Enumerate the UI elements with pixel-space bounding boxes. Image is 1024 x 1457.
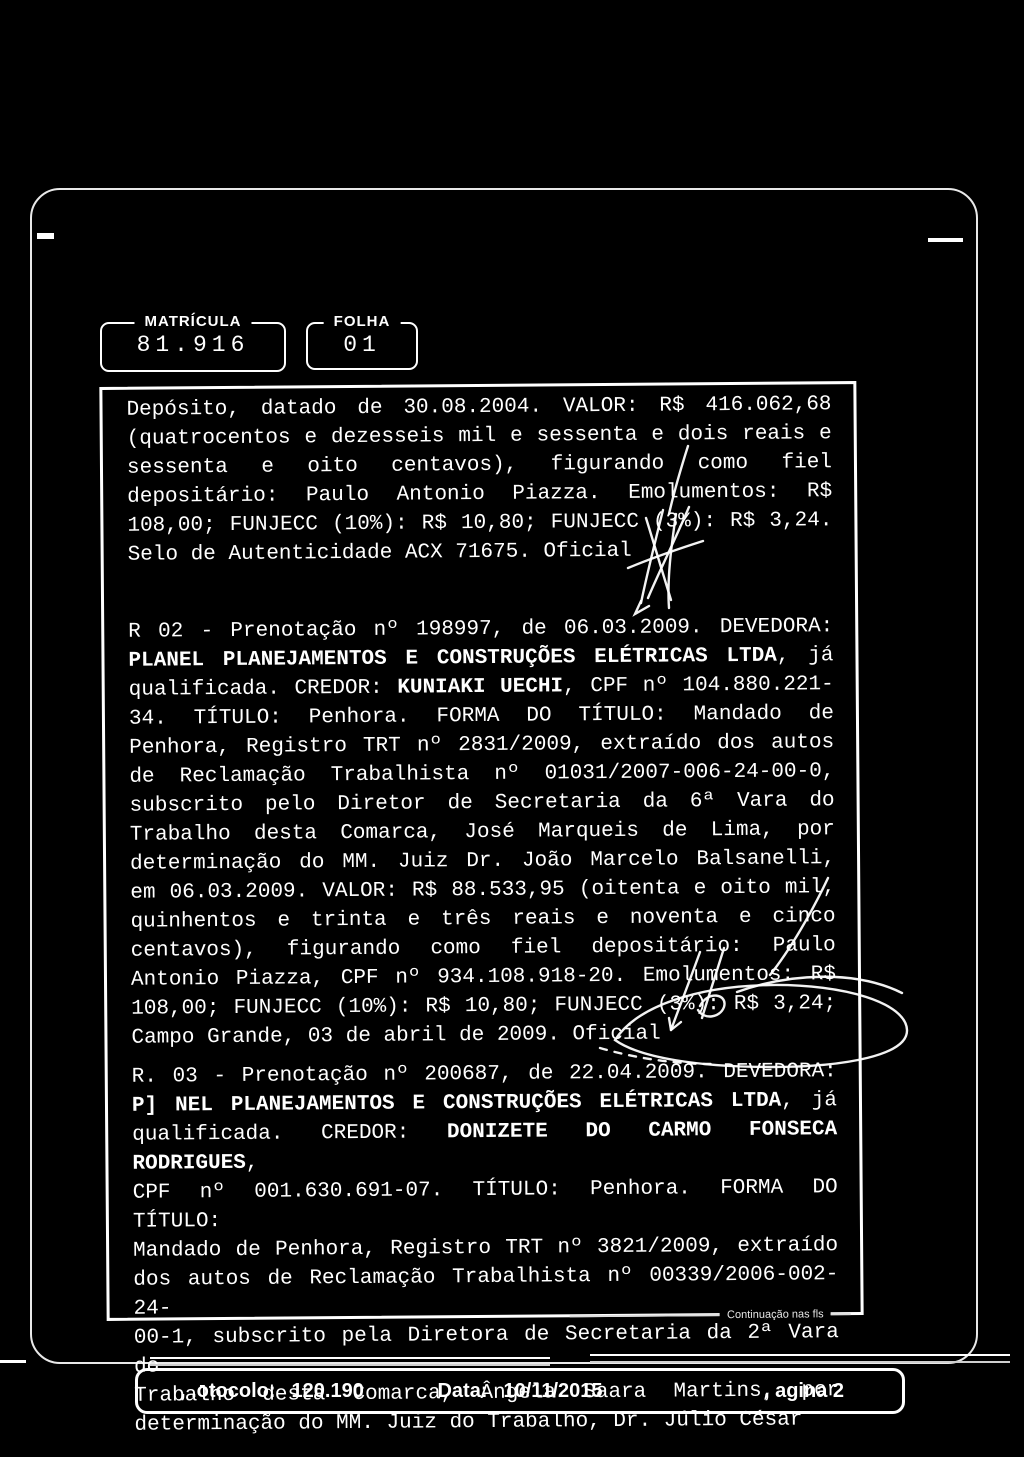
scan-artifact-line-1 (150, 1357, 550, 1366)
matricula-value: 81.916 (102, 332, 284, 358)
folha-box: FOLHA 01 (306, 322, 418, 370)
registry-text-box: Depósito, datado de 30.08.2004. VALOR: R… (99, 381, 863, 1321)
continuation-dash-right (831, 1313, 851, 1315)
date-value: 10/11/2015 (504, 1380, 603, 1403)
folha-value: 01 (308, 332, 416, 358)
corner-tick-right (928, 238, 963, 242)
protocol-field: , .otocolo: 120.190 (180, 1380, 364, 1403)
continuation-note: Continuação nas fls (570, 1308, 851, 1322)
corner-tick-left (37, 233, 54, 239)
page-number: , agina 2 (764, 1380, 844, 1403)
matricula-label: MATRÍCULA (134, 313, 251, 330)
paragraph-r02: R 02 - Prenotação nº 198997, de 06.03.20… (128, 612, 836, 1053)
scan-artifact-line-3 (0, 1360, 26, 1363)
scan-artifact-line-2 (590, 1354, 1010, 1363)
protocol-value: 120.190 (292, 1380, 364, 1403)
matricula-box: MATRÍCULA 81.916 (100, 322, 286, 372)
footer-bar: , .otocolo: 120.190 Data: 10/11/2015 , a… (135, 1368, 905, 1414)
registry-text: Depósito, datado de 30.08.2004. VALOR: R… (102, 384, 861, 1440)
paragraph-deposito: Depósito, datado de 30.08.2004. VALOR: R… (126, 390, 832, 570)
date-label: Data: (437, 1380, 487, 1403)
scanned-registry-page: MATRÍCULA 81.916 FOLHA 01 Depósito, data… (0, 0, 1024, 1457)
protocol-label: , .otocolo: (180, 1380, 276, 1403)
continuation-dash-left (570, 1314, 720, 1317)
date-field: Data: 10/11/2015 (437, 1380, 602, 1403)
continuation-note-text: Continuação nas fls (720, 1308, 831, 1321)
folha-label: FOLHA (324, 313, 401, 330)
